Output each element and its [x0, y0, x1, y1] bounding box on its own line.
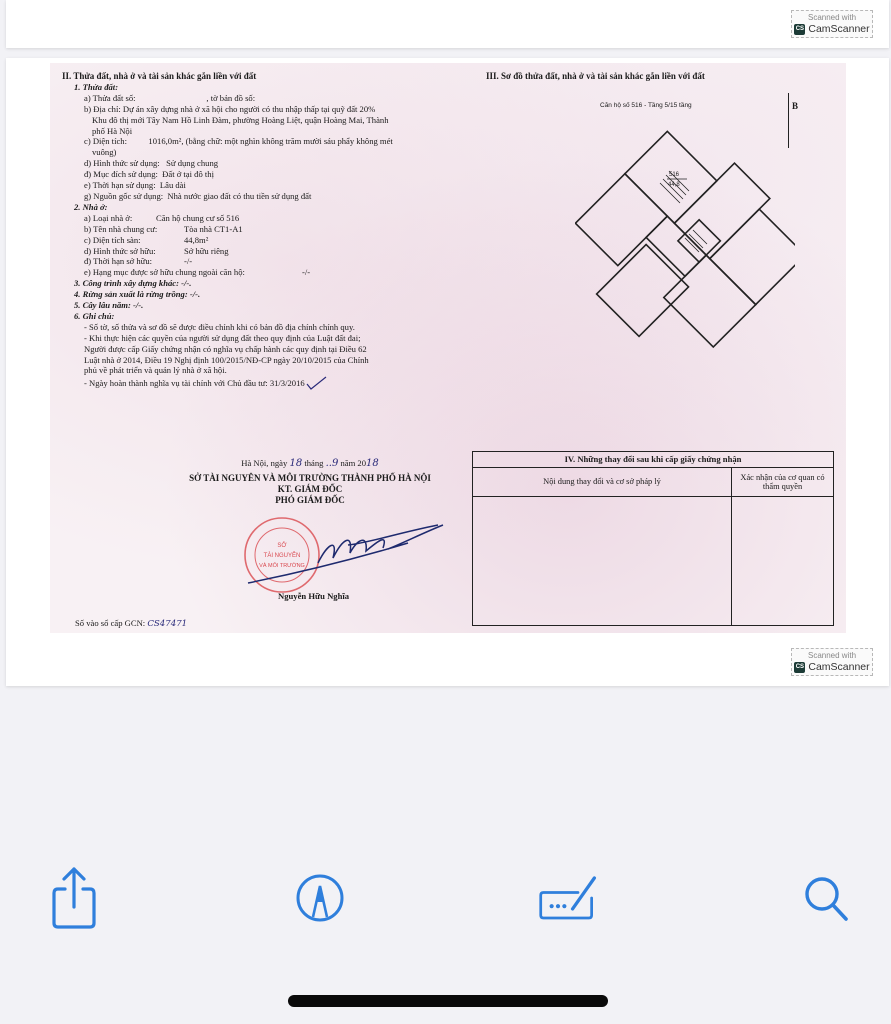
- changes-table: IV. Những thay đổi sau khi cấp giấy chứn…: [472, 451, 834, 626]
- changes-table-title: IV. Những thay đổi sau khi cấp giấy chứn…: [473, 452, 834, 468]
- home-indicator[interactable]: [288, 995, 608, 1007]
- issuing-authority: SỞ TÀI NGUYÊN VÀ MÔI TRƯỜNG THÀNH PHỐ HÀ…: [160, 473, 460, 484]
- house-row: a) Loại nhà ở:Căn hộ chung cư số 516: [62, 213, 462, 224]
- land-area: c) Diện tích: 1016,0m², (bằng chữ: một n…: [62, 136, 462, 147]
- signature-icon: [538, 872, 598, 924]
- camscanner-logo-icon: CS: [794, 662, 805, 673]
- use-origin: g) Nguồn gốc sử dụng: Nhà nước giao đất …: [62, 191, 462, 202]
- signer-name: Nguyễn Hữu Nghĩa: [278, 591, 349, 602]
- certificate-register-number: Số vào sổ cấp GCN: CS47471: [75, 618, 187, 630]
- section-2-heading: II. Thửa đất, nhà ở và tài sản khác gắn …: [62, 71, 462, 82]
- svg-text:44,8: 44,8: [668, 182, 680, 188]
- address-line: Khu đô thị mới Tây Nam Hồ Linh Đàm, phườ…: [62, 115, 462, 126]
- changes-cell: [473, 497, 732, 626]
- share-icon: [48, 865, 100, 931]
- house-row: b) Tên nhà chung cư:Tòa nhà CT1-A1: [62, 224, 462, 235]
- previous-page[interactable]: Scanned with CSCamScanner: [6, 0, 889, 48]
- share-button[interactable]: [44, 868, 104, 928]
- section-3-heading: III. Sơ đồ thửa đất, nhà ở và tài sản kh…: [486, 71, 705, 82]
- signer-title: KT. GIÁM ĐỐC: [160, 484, 460, 495]
- note-line: - Khi thực hiện các quyền của người sử d…: [62, 333, 462, 344]
- markup-button[interactable]: [290, 868, 350, 928]
- other-works: 3. Công trình xây dựng khác: -/-.: [62, 278, 462, 289]
- section-2-land-house: II. Thửa đất, nhà ở và tài sản khác gắn …: [62, 71, 462, 390]
- search-icon: [800, 872, 852, 924]
- use-term: e) Thời hạn sử dụng: Lâu dài: [62, 180, 462, 191]
- svg-text:TÀI NGUYÊN: TÀI NGUYÊN: [264, 551, 301, 559]
- address-line: b) Địa chỉ: Dự án xây dựng nhà ở xã hội …: [62, 104, 462, 115]
- svg-text:VÀ MÔI TRƯỜNG: VÀ MÔI TRƯỜNG: [259, 562, 305, 569]
- use-purpose: đ) Mục đích sử dụng: Đất ở tại đô thị: [62, 169, 462, 180]
- svg-text:SỞ: SỞ: [277, 542, 286, 549]
- signer-title: PHÓ GIÁM ĐỐC: [160, 495, 460, 506]
- svg-text:516: 516: [669, 172, 680, 178]
- confirmation-cell: [732, 497, 834, 626]
- production-forest: 4. Rừng sản xuất là rừng trồng: -/-.: [62, 289, 462, 300]
- search-button[interactable]: [796, 868, 856, 928]
- land-use-certificate: II. Thửa đất, nhà ở và tài sản khác gắn …: [50, 63, 846, 633]
- land-heading: 1. Thửa đất:: [62, 82, 462, 93]
- house-row: e) Hạng mục được sở hữu chung ngoài căn …: [62, 267, 462, 278]
- checkmark-icon: [305, 376, 327, 390]
- note-line: Người được cấp Giấy chứng nhận có nghĩa …: [62, 344, 462, 355]
- note-line: Luật nhà ở 2014, Điều 19 Nghị định 100/2…: [62, 355, 462, 366]
- address-line: phố Hà Nội: [62, 126, 462, 137]
- bottom-toolbar: [0, 860, 891, 960]
- house-heading: 2. Nhà ở:: [62, 202, 462, 213]
- camscanner-watermark: Scanned with CSCamScanner: [791, 648, 873, 676]
- notes-heading: 6. Ghi chú:: [62, 311, 462, 322]
- house-row: c) Diện tích sàn:44,8m²: [62, 235, 462, 246]
- use-form: d) Hình thức sử dụng: Sử dụng chung: [62, 158, 462, 169]
- changes-column-header: Nội dung thay đổi và cơ sở pháp lý: [473, 468, 732, 497]
- signature-block: Hà Nội, ngày 18 tháng ..9 năm 2018 SỞ TÀ…: [160, 458, 460, 506]
- north-label: B: [792, 101, 798, 112]
- parcel-number: a) Thửa đất số: , tờ bản đồ số:: [62, 93, 462, 104]
- signature-button[interactable]: [538, 868, 598, 928]
- markup-pen-icon: [294, 872, 346, 924]
- confirmation-column-header: Xác nhận của cơ quan có thẩm quyền: [732, 468, 834, 497]
- plan-caption: Căn hộ số 516 - Tầng 5/15 tầng: [600, 101, 692, 112]
- house-row: d) Hình thức sở hữu:Sở hữu riêng: [62, 246, 462, 257]
- note-line: - Ngày hoàn thành nghĩa vụ tài chính với…: [62, 376, 462, 390]
- note-line: - Số tờ, số thửa và sơ đồ sẽ được điều c…: [62, 322, 462, 333]
- house-details: a) Loại nhà ở:Căn hộ chung cư số 516 b) …: [62, 213, 462, 278]
- land-area: vuông): [62, 147, 462, 158]
- camscanner-logo-icon: CS: [794, 24, 805, 35]
- house-row: đ) Thời hạn sở hữu:-/-: [62, 256, 462, 267]
- official-stamp-and-signature: SỞ TÀI NGUYÊN VÀ MÔI TRƯỜNG: [238, 513, 458, 598]
- issue-date: Hà Nội, ngày 18 tháng ..9 năm 2018: [160, 458, 460, 470]
- perennial-trees: 5. Cây lâu năm: -/-.: [62, 300, 462, 311]
- camscanner-watermark: Scanned with CSCamScanner: [791, 10, 873, 38]
- current-page[interactable]: II. Thửa đất, nhà ở và tài sản khác gắn …: [6, 58, 889, 686]
- floor-plan-diagram: 516 44,8: [575, 113, 795, 383]
- note-line: phủ về phát triển và quản lý nhà ở xã hộ…: [62, 365, 462, 376]
